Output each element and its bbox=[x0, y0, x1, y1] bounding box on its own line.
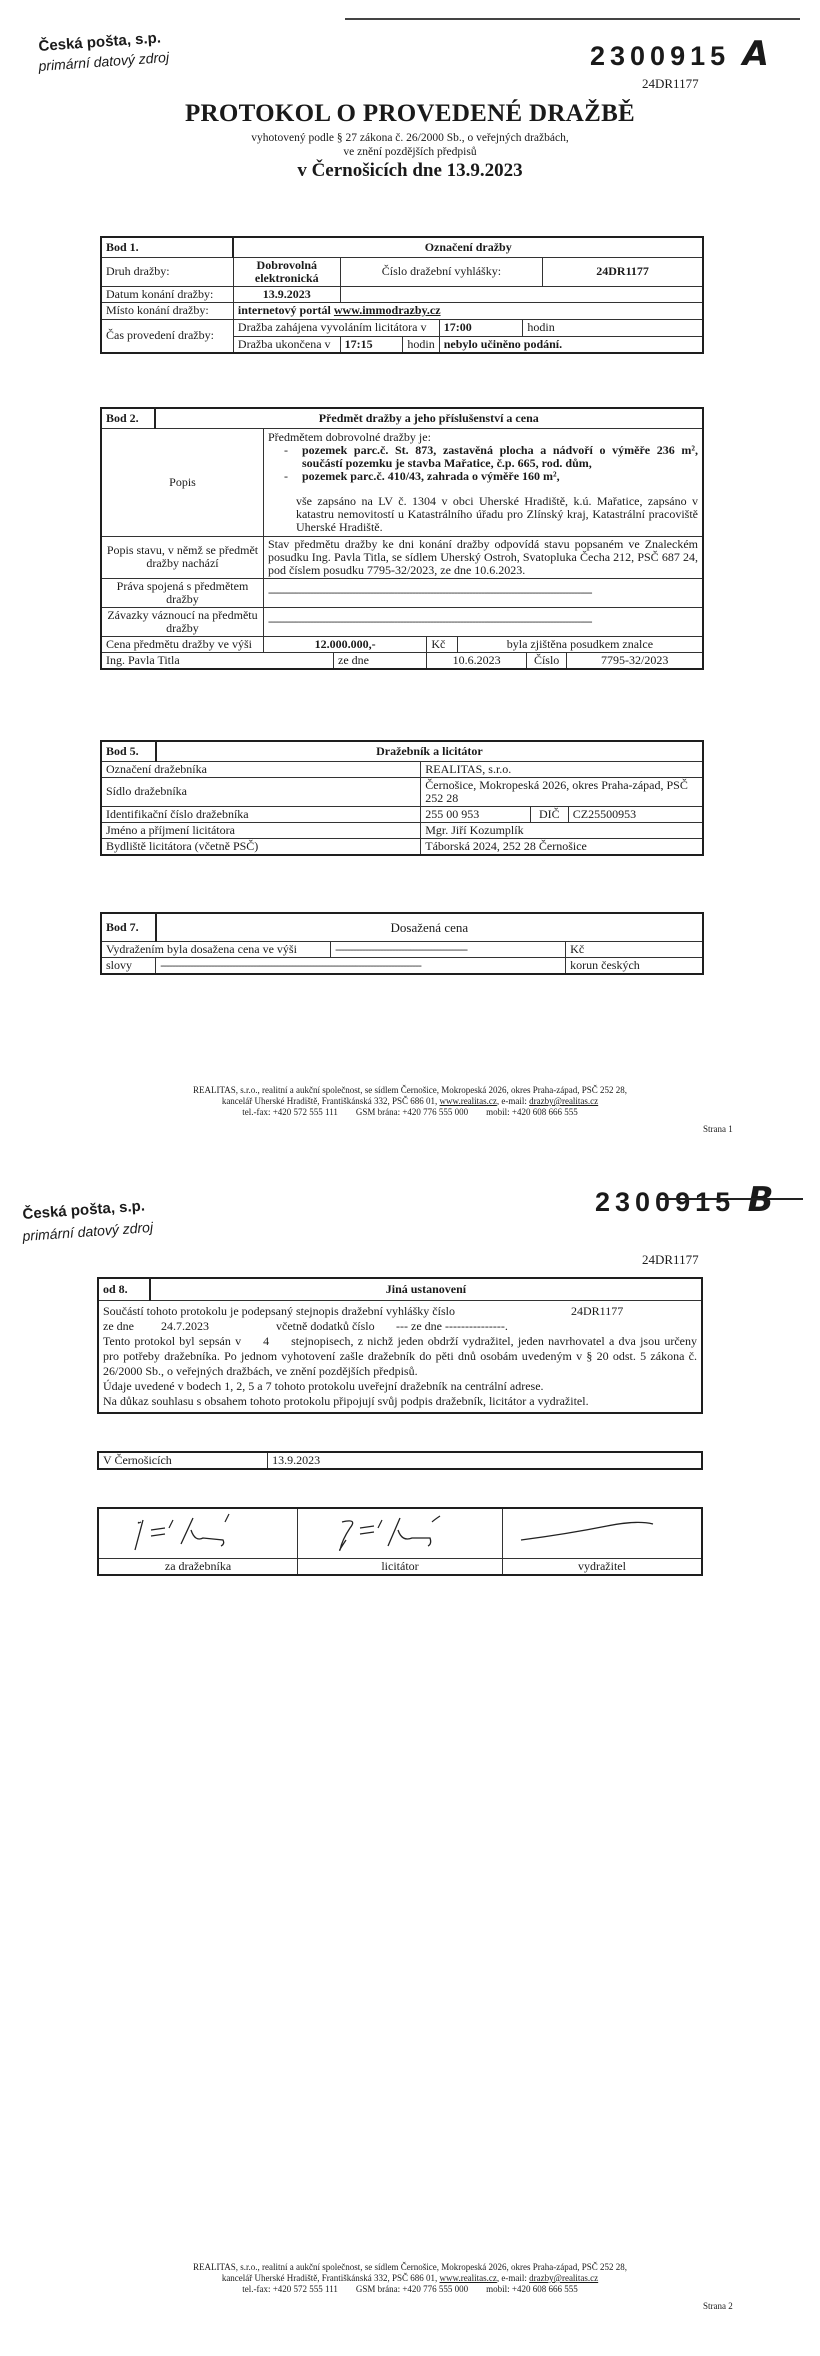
section-bod-1: Bod 1. Označení dražby Druh dražby: Dobr… bbox=[100, 236, 704, 354]
zavazky-label: Závazky váznoucí na předmětu dražby bbox=[101, 607, 263, 636]
vydrazenim-currency: Kč bbox=[566, 941, 703, 957]
place-date-table: V Černošicích 13.9.2023 bbox=[97, 1451, 703, 1470]
section-bod-5: Bod 5. Dražebník a licitátor Označení dr… bbox=[100, 740, 704, 856]
bod-7-heading: Dosažená cena bbox=[156, 913, 703, 941]
reference-code: 24DR1177 bbox=[642, 1252, 699, 1268]
datum-empty bbox=[340, 286, 703, 302]
sidlo-value: Černošice, Mokropeská 2026, okres Praha-… bbox=[421, 777, 703, 806]
bod-2-number: Bod 2. bbox=[101, 408, 155, 428]
section-bod-8: od 8. Jiná ustanovení Součástí tohoto pr… bbox=[97, 1277, 703, 1414]
bydliste-label: Bydliště licitátora (včetně PSČ) bbox=[101, 838, 421, 855]
signature-role-licitator: licitátor bbox=[298, 1559, 503, 1576]
signature-role-drazebnik: za dražebníka bbox=[98, 1559, 298, 1576]
page-2-footer: REALITAS, s.r.o., realitní a aukční spol… bbox=[0, 2262, 820, 2295]
cislo-vyhlasky-value: 24DR1177 bbox=[543, 257, 703, 286]
znalec-name: Ing. Pavla Titla bbox=[101, 652, 334, 669]
misto-value: internetový portál www.immodrazby.cz bbox=[233, 302, 703, 319]
document-number-digits: 2300915 bbox=[590, 41, 730, 71]
handwritten-signature-icon bbox=[507, 1510, 667, 1554]
subtitle-line-2: ve znění pozdějších předpisů bbox=[0, 146, 820, 159]
cena-label: Cena předmětu dražby ve výši bbox=[101, 636, 263, 652]
dic-value: CZ25500953 bbox=[568, 806, 703, 822]
subtitle-line-1: vyhotovený podle § 27 zákona č. 26/2000 … bbox=[0, 132, 820, 145]
datum-value: 13.9.2023 bbox=[233, 286, 340, 302]
document-number-digits: 2300915 bbox=[595, 1187, 735, 1217]
slovy-label: slovy bbox=[101, 957, 156, 974]
druh-value: Dobrovolnáelektronická bbox=[233, 257, 340, 286]
place-date: 13.9.2023 bbox=[268, 1452, 702, 1469]
zahajena-hodin: hodin bbox=[523, 319, 703, 336]
cas-label: Čas provedení dražby: bbox=[101, 319, 233, 353]
bod-8-heading: Jiná ustanovení bbox=[150, 1278, 702, 1300]
popis-intro: Předmětem dobrovolné dražby je: bbox=[268, 431, 698, 444]
section-bod-2: Bod 2. Předmět dražby a jeho příslušenst… bbox=[100, 407, 704, 670]
ze-dne-label: ze dne bbox=[334, 652, 427, 669]
vydrazenim-label: Vydražením byla dosažena cena ve výši bbox=[101, 941, 331, 957]
portal-link[interactable]: www.immodrazby.cz bbox=[334, 303, 441, 317]
page-title: PROTOKOL O PROVEDENÉ DRAŽBĚ bbox=[0, 100, 820, 128]
bod-1-heading: Označení dražby bbox=[233, 237, 703, 257]
posudek-cislo-value: 7795-32/2023 bbox=[567, 652, 703, 669]
reference-code: 24DR1177 bbox=[642, 76, 699, 92]
datum-label: Datum konání dražby: bbox=[101, 286, 233, 302]
bod-8-content: Součástí tohoto protokolu je podepsaný s… bbox=[98, 1300, 702, 1413]
document-number: 2300915 B bbox=[595, 1180, 774, 1220]
place-date: v Černošicích dne 13.9.2023 bbox=[0, 160, 820, 182]
post-stamp-subtitle: primární datový zdroj bbox=[22, 1219, 154, 1244]
document-letter: A bbox=[743, 34, 769, 74]
ze-dne-value: 10.6.2023 bbox=[427, 652, 526, 669]
bydliste-value: Táborská 2024, 252 28 Černošice bbox=[421, 838, 703, 855]
prava-value: ----------------------------------------… bbox=[263, 578, 703, 607]
handwritten-signature-icon bbox=[302, 1510, 467, 1554]
cena-note: byla zjištěna posudkem znalce bbox=[457, 636, 703, 652]
sidlo-label: Sídlo dražebníka bbox=[101, 777, 421, 806]
ukoncena-label: Dražba ukončena v bbox=[233, 336, 340, 353]
popis-item: pozemek parc.č. St. 873, zastavěná ploch… bbox=[302, 444, 698, 470]
ukoncena-hodin: hodin bbox=[403, 336, 439, 353]
page-number: Strana 1 bbox=[703, 1124, 733, 1134]
dic-label: DIČ bbox=[530, 806, 568, 822]
posudek-cislo-label: Číslo bbox=[526, 652, 567, 669]
signature-vydrazitel bbox=[502, 1508, 702, 1559]
page-1-footer: REALITAS, s.r.o., realitní a aukční spol… bbox=[0, 1085, 820, 1118]
zahajena-label: Dražba zahájena vyvoláním licitátora v bbox=[233, 319, 439, 336]
popis-footer: vše zapsáno na LV č. 1304 v obci Uherské… bbox=[268, 495, 698, 534]
oznaceni-value: REALITAS, s.r.o. bbox=[421, 761, 703, 777]
popis-label: Popis bbox=[101, 428, 263, 536]
signature-licitator bbox=[298, 1508, 503, 1559]
popis-items: pozemek parc.č. St. 873, zastavěná ploch… bbox=[268, 444, 698, 483]
bod-8-number: od 8. bbox=[98, 1278, 150, 1300]
stav-value: Stav předmětu dražby ke dni konání dražb… bbox=[263, 536, 703, 578]
oznaceni-label: Označení dražebníka bbox=[101, 761, 421, 777]
handwritten-signature-icon bbox=[103, 1510, 263, 1554]
zavazky-value: ----------------------------------------… bbox=[263, 607, 703, 636]
signatures-table: za dražebníka licitátor vydražitel bbox=[97, 1507, 703, 1576]
popis-item: pozemek parc.č. 410/43, zahrada o výměře… bbox=[302, 470, 698, 483]
podani-note: nebylo učiněno podání. bbox=[439, 336, 703, 353]
email-link[interactable]: drazby@realitas.cz bbox=[529, 1096, 598, 1106]
licitator-value: Mgr. Jiří Kozumplík bbox=[421, 822, 703, 838]
bod-1-number: Bod 1. bbox=[101, 237, 233, 257]
licitator-label: Jméno a příjmení licitátora bbox=[101, 822, 421, 838]
signature-role-vydrazitel: vydražitel bbox=[502, 1559, 702, 1576]
email-link[interactable]: drazby@realitas.cz bbox=[529, 2273, 598, 2283]
bod-5-heading: Dražebník a licitátor bbox=[156, 741, 703, 761]
document-number: 2300915 A bbox=[590, 34, 769, 74]
slovy-value: ----------------------------------------… bbox=[156, 957, 566, 974]
signature-drazebnik bbox=[98, 1508, 298, 1559]
popis-value: Předmětem dobrovolné dražby je: pozemek … bbox=[263, 428, 703, 536]
section-bod-7: Bod 7. Dosažená cena Vydražením byla dos… bbox=[100, 912, 704, 975]
stav-label: Popis stavu, v němž se předmět dražby na… bbox=[101, 536, 263, 578]
cena-value: 12.000.000,- bbox=[263, 636, 426, 652]
document-letter: B bbox=[748, 1180, 774, 1220]
zahajena-time: 17:00 bbox=[439, 319, 523, 336]
bod-5-number: Bod 5. bbox=[101, 741, 156, 761]
druh-label: Druh dražby: bbox=[101, 257, 233, 286]
bod-2-heading: Předmět dražby a jeho příslušenství a ce… bbox=[155, 408, 703, 428]
vydrazenim-value: ----------------------------------------… bbox=[331, 941, 566, 957]
slovy-unit: korun českých bbox=[566, 957, 703, 974]
prava-label: Práva spojená s předmětem dražby bbox=[101, 578, 263, 607]
strike-through-line bbox=[660, 1198, 803, 1200]
website-link[interactable]: www.realitas.cz bbox=[440, 2273, 497, 2283]
misto-label: Místo konání dražby: bbox=[101, 302, 233, 319]
bod-7-number: Bod 7. bbox=[101, 913, 156, 941]
post-stamp-title: Česká pošta, s.p. bbox=[22, 1197, 145, 1223]
cena-currency: Kč bbox=[427, 636, 457, 652]
ico-value: 255 00 953 bbox=[421, 806, 531, 822]
ico-label: Identifikační číslo dražebníka bbox=[101, 806, 421, 822]
cislo-vyhlasky-label: Číslo dražební vyhlášky: bbox=[340, 257, 543, 286]
ukoncena-time: 17:15 bbox=[340, 336, 403, 353]
page-number: Strana 2 bbox=[703, 2301, 733, 2311]
website-link[interactable]: www.realitas.cz bbox=[440, 1096, 497, 1106]
place-label: V Černošicích bbox=[98, 1452, 268, 1469]
scan-edge-line bbox=[345, 18, 800, 20]
